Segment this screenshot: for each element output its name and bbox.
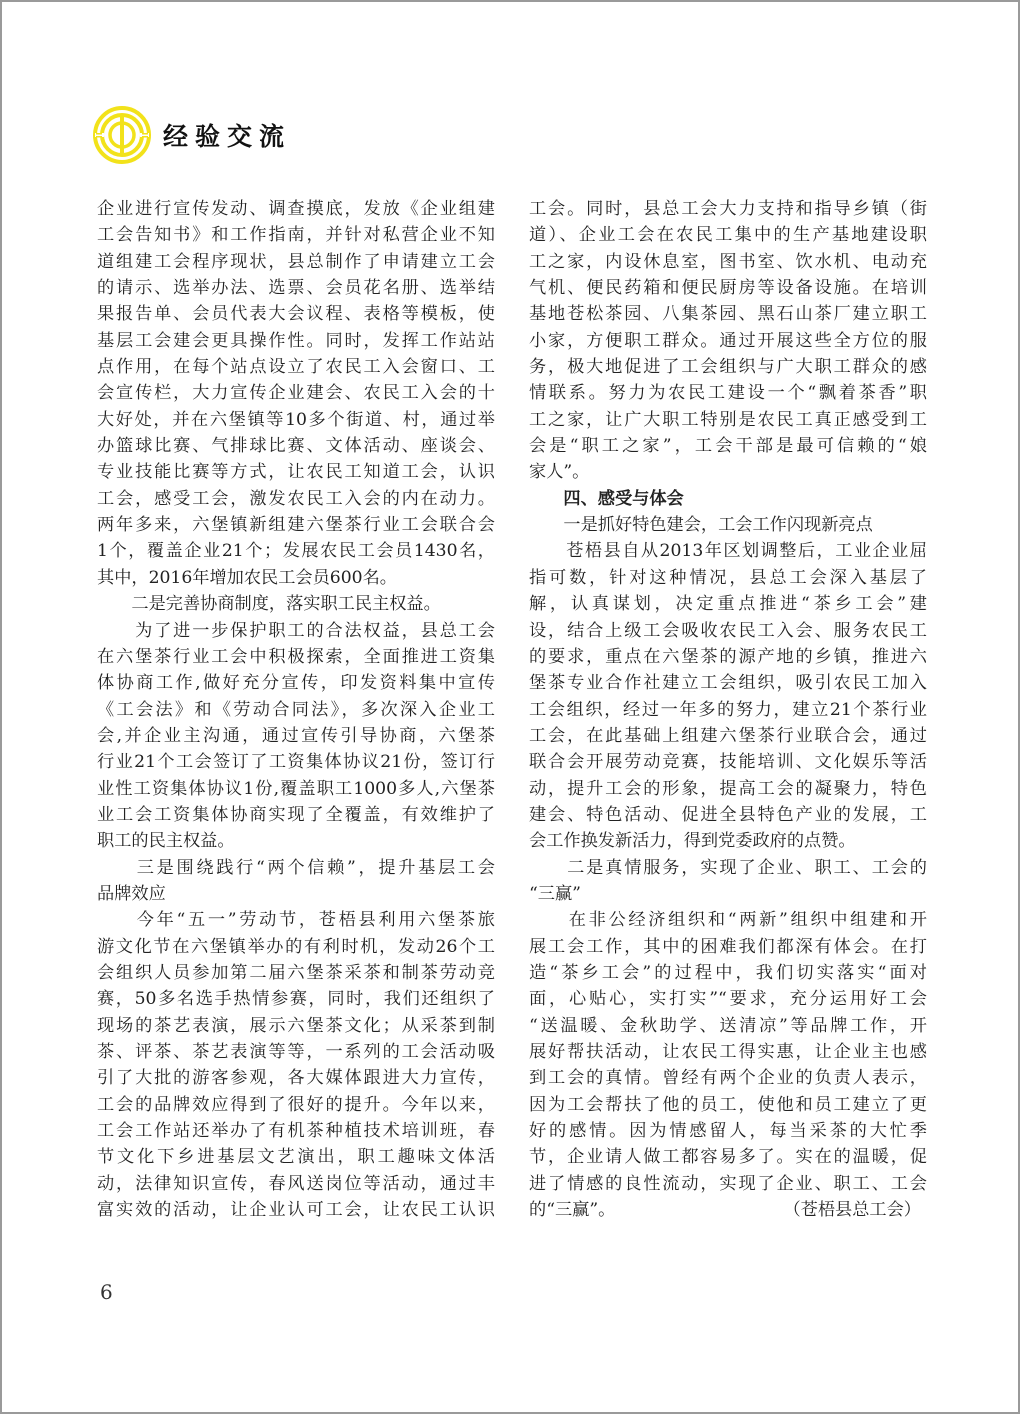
text-line: 工会组织，经过一年多的努力，建立21个茶行业 xyxy=(529,697,927,723)
text-line: 二是完善协商制度，落实职工民主权益。 xyxy=(97,591,495,617)
text-line: 工会告知书》和工作指南，并针对私营企业不知 xyxy=(97,222,495,248)
text-line: 建会、特色活动、促进全县特色产业的发展，工 xyxy=(529,802,927,828)
text-line: 办篮球比赛、气排球比赛、文体活动、座谈会、 xyxy=(97,433,495,459)
section-header: 经验交流 xyxy=(93,105,291,165)
text-line: 茶、评茶、茶艺表演等等，一系列的工会活动吸 xyxy=(97,1039,495,1065)
author-signature: （苍梧县总工会） xyxy=(783,1197,921,1223)
text-line: “送温暖、金秋助学、送清凉”等品牌工作，开 xyxy=(529,1013,927,1039)
text-line: 苍梧县自从2013年区划调整后，工业企业屈 xyxy=(529,538,927,564)
text-line: 工会，在此基础上组建六堡茶行业联合会，通过 xyxy=(529,723,927,749)
text-line: 情联系。努力为农民工建设一个“飘着茶香”职 xyxy=(529,380,927,406)
section-title: 经验交流 xyxy=(163,117,291,153)
right-text-column: 工会。同时，县总工会大力支持和指导乡镇（街道）、企业工会在农民工集中的生产基地建… xyxy=(529,196,927,1223)
left-text-column: 企业进行宣传发动、调查摸底，发放《企业组建工会告知书》和工作指南，并针对私营企业… xyxy=(97,196,495,1223)
text-line: 赛，50多名选手热情参赛，同时，我们还组织了 xyxy=(97,986,495,1012)
text-line: 为了进一步保护职工的合法权益，县总工会 xyxy=(97,618,495,644)
text-line: 工会，感受工会，激发农民工入会的内在动力。 xyxy=(97,486,495,512)
text-line: 业性工资集体协议1份,覆盖职工1000多人,六堡茶 xyxy=(97,776,495,802)
text-line: 会是“职工之家”，工会干部是最可信赖的“娘 xyxy=(529,433,927,459)
text-line: 会宣传栏，大力宣传企业建会、农民工入会的十 xyxy=(97,380,495,406)
text-line: 行业21个工会签订了工资集体协议21份，签订行 xyxy=(97,749,495,775)
text-line: 三是围绕践行“两个信赖”，提升基层工会 xyxy=(97,855,495,881)
section-heading: 四、感受与体会 xyxy=(529,486,927,512)
text-line: 工之家，让广大职工特别是农民工真正感受到工 xyxy=(529,407,927,433)
text-line: 好的感情。因为情感留人，每当采茶的大忙季 xyxy=(529,1118,927,1144)
text-line: 动，提升工会的形象，提高工会的凝聚力，特色 xyxy=(529,776,927,802)
text-line: 会组织人员参加第二届六堡茶采茶和制茶劳动竞 xyxy=(97,960,495,986)
text-line: 基地苍松茶园、八集茶园、黑石山茶厂建立职工 xyxy=(529,301,927,327)
page-number: 6 xyxy=(100,1280,113,1304)
text-line: 会,并企业主沟通，通过宣传引导协商，六堡茶 xyxy=(97,723,495,749)
text-line: 的要求，重点在六堡茶的源产地的乡镇，推进六 xyxy=(529,644,927,670)
text-line: 动，法律知识宣传，春风送岗位等活动，通过丰 xyxy=(97,1171,495,1197)
text-line: 一是抓好特色建会，工会工作闪现新亮点 xyxy=(529,512,927,538)
text-line: 品牌效应 xyxy=(97,881,495,907)
text-line: 节，企业请人做工都容易多了。实在的温暖，促 xyxy=(529,1144,927,1170)
text-line: 专业技能比赛等方式，让农民工知道工会，认识 xyxy=(97,459,495,485)
text-line: 堡茶专业合作社建立工会组织，吸引农民工加入 xyxy=(529,670,927,696)
text-line: 两年多来，六堡镇新组建六堡茶行业工会联合会 xyxy=(97,512,495,538)
text-line: 果报告单、会员代表大会议程、表格等模板，使 xyxy=(97,301,495,327)
text-line: 工会的品牌效应得到了很好的提升。今年以来， xyxy=(97,1092,495,1118)
text-line: 二是真情服务，实现了企业、职工、工会的 xyxy=(529,855,927,881)
text-line: 因为工会帮扶了他的员工，使他和员工建立了更 xyxy=(529,1092,927,1118)
text-line: 点作用，在每个站点设立了农民工入会窗口、工 xyxy=(97,354,495,380)
text-line: 务，极大地促进了工会组织与广大职工群众的感 xyxy=(529,354,927,380)
text-line: 职工的民主权益。 xyxy=(97,828,495,854)
text-line: 指可数，针对这种情况，县总工会深入基层了 xyxy=(529,565,927,591)
text-line: 家人”。 xyxy=(529,459,927,485)
text-line: 在非公经济组织和“两新”组织中组建和开 xyxy=(529,907,927,933)
text-line: 基层工会建会更具操作性。同时，发挥工作站站 xyxy=(97,328,495,354)
text-line: 道组建工会程序现状，县总制作了申请建立工会 xyxy=(97,249,495,275)
text-line: 到工会的真情。曾经有两个企业的负责人表示， xyxy=(529,1065,927,1091)
text-line: 道）、企业工会在农民工集中的生产基地建设职 xyxy=(529,222,927,248)
text-line: 会工作换发新活力，得到党委政府的点赞。 xyxy=(529,828,927,854)
text-line: 设，结合上级工会吸收农民工入会、服务农民工 xyxy=(529,618,927,644)
text-line: 企业进行宣传发动、调查摸底，发放《企业组建 xyxy=(97,196,495,222)
text-line: “三赢” xyxy=(529,881,927,907)
text-line: 面，心贴心，实打实”“要求，充分运用好工会 xyxy=(529,986,927,1012)
text-line: 今年“五一”劳动节，苍梧县利用六堡茶旅 xyxy=(97,907,495,933)
text-line: 工之家，内设休息室，图书室、饮水机、电动充 xyxy=(529,249,927,275)
document-page: 经验交流 企业进行宣传发动、调查摸底，发放《企业组建工会告知书》和工作指南，并针… xyxy=(0,0,1020,1414)
text-line: 富实效的活动，让企业认可工会，让农民工认识 xyxy=(97,1197,495,1223)
text-line: 进了情感的良性流动，实现了企业、职工、工会 xyxy=(529,1171,927,1197)
text-line: 工会工作站还举办了有机茶种植技术培训班，春 xyxy=(97,1118,495,1144)
text-line: 《工会法》和《劳动合同法》，多次深入企业工 xyxy=(97,697,495,723)
text-line: 的请示、选举办法、选票、会员花名册、选举结 xyxy=(97,275,495,301)
text-line: 造“茶乡工会”的过程中，我们切实落实“面对 xyxy=(529,960,927,986)
text-line: 解，认真谋划，决定重点推进“茶乡工会”建 xyxy=(529,591,927,617)
text-line: 业工会工资集体协商实现了全覆盖，有效维护了 xyxy=(97,802,495,828)
trade-union-emblem-icon xyxy=(93,106,151,164)
text-line: 体协商工作,做好充分宣传，印发资料集中宣传 xyxy=(97,670,495,696)
text-line: 气机、便民药箱和便民厨房等设备设施。在培训 xyxy=(529,275,927,301)
text-line: 展工会工作，其中的困难我们都深有体会。在打 xyxy=(529,934,927,960)
text-line: 在六堡茶行业工会中积极探索，全面推进工资集 xyxy=(97,644,495,670)
text-line: 现场的茶艺表演，展示六堡茶文化；从采茶到制 xyxy=(97,1013,495,1039)
text-line: 的“三赢”。（苍梧县总工会） xyxy=(529,1197,927,1223)
text-line: 小家，方便职工群众。通过开展这些全方位的服 xyxy=(529,328,927,354)
text-line: 引了大批的游客参观，各大媒体跟进大力宣传， xyxy=(97,1065,495,1091)
text-line: 联合会开展劳动竞赛，技能培训、文化娱乐等活 xyxy=(529,749,927,775)
text-line: 大好处，并在六堡镇等10多个街道、村，通过举 xyxy=(97,407,495,433)
text-line: 节文化下乡进基层文艺演出，职工趣味文体活 xyxy=(97,1144,495,1170)
text-line: 展好帮扶活动，让农民工得实惠，让企业主也感 xyxy=(529,1039,927,1065)
text-line: 1个，覆盖企业21个；发展农民工会员1430名， xyxy=(97,538,495,564)
text-line: 工会。同时，县总工会大力支持和指导乡镇（街 xyxy=(529,196,927,222)
text-line: 其中，2016年增加农民工会员600名。 xyxy=(97,565,495,591)
text-line: 游文化节在六堡镇举办的有利时机，发动26个工 xyxy=(97,934,495,960)
